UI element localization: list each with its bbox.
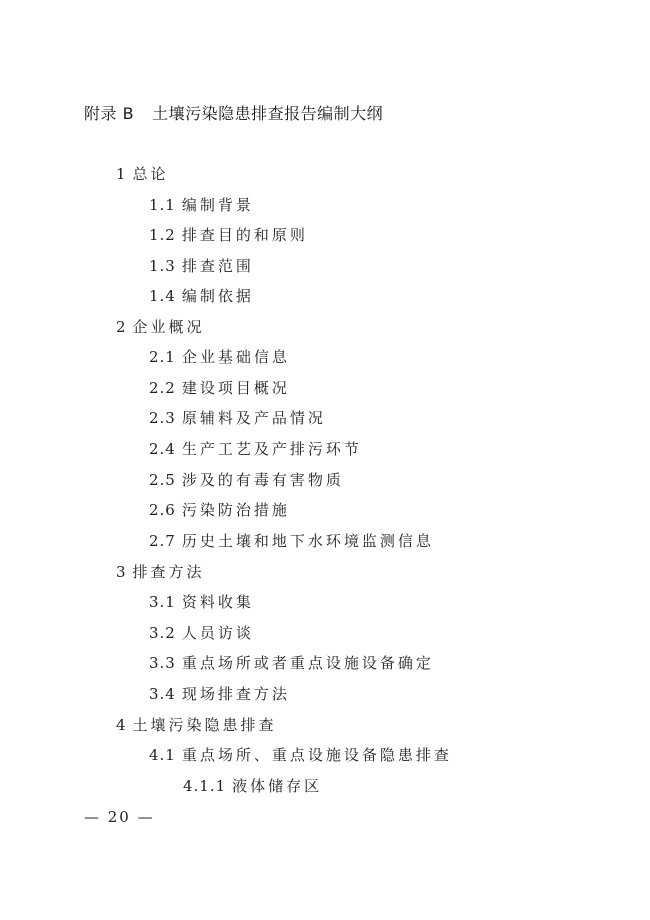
outline-item: 1.4编制依据	[149, 286, 254, 306]
page-number: — 20 —	[84, 808, 155, 826]
outline-item: 2.4生产工艺及产排污环节	[149, 439, 362, 459]
outline-item: 2企业概况	[116, 317, 205, 337]
outline-item: 2.3原辅料及产品情况	[149, 408, 326, 428]
outline-item: 1.3排查范围	[149, 256, 254, 276]
outline-item: 3排查方法	[116, 562, 205, 582]
page-title: 附录 B土壤污染隐患排查报告编制大纲	[84, 101, 383, 124]
outline-item: 3.2人员访谈	[149, 623, 254, 643]
outline-item: 4.1重点场所、重点设施设备隐患排查	[149, 745, 452, 765]
outline-item: 4土壤污染隐患排查	[116, 715, 277, 735]
outline-item: 3.3重点场所或者重点设施设备确定	[149, 653, 434, 673]
title-text: 土壤污染隐患排查报告编制大纲	[152, 104, 383, 123]
outline-item: 2.5涉及的有毒有害物质	[149, 470, 344, 490]
outline-item: 2.1企业基础信息	[149, 347, 290, 367]
outline-item: 1总论	[116, 164, 169, 184]
appendix-label: 附录 B	[84, 104, 134, 123]
outline-item: 2.2建设项目概况	[149, 378, 290, 398]
outline-item: 3.4现场排查方法	[149, 684, 290, 704]
outline-item: 4.1.1液体储存区	[183, 776, 322, 796]
outline-item: 1.2排查目的和原则	[149, 225, 308, 245]
outline-item: 2.7历史土壤和地下水环境监测信息	[149, 531, 434, 551]
outline-item: 1.1编制背景	[149, 195, 254, 215]
outline-item: 3.1资料收集	[149, 592, 254, 612]
outline-item: 2.6污染防治措施	[149, 500, 290, 520]
document-page: 附录 B土壤污染隐患排查报告编制大纲 1总论 1.1编制背景 1.2排查目的和原…	[0, 0, 650, 920]
